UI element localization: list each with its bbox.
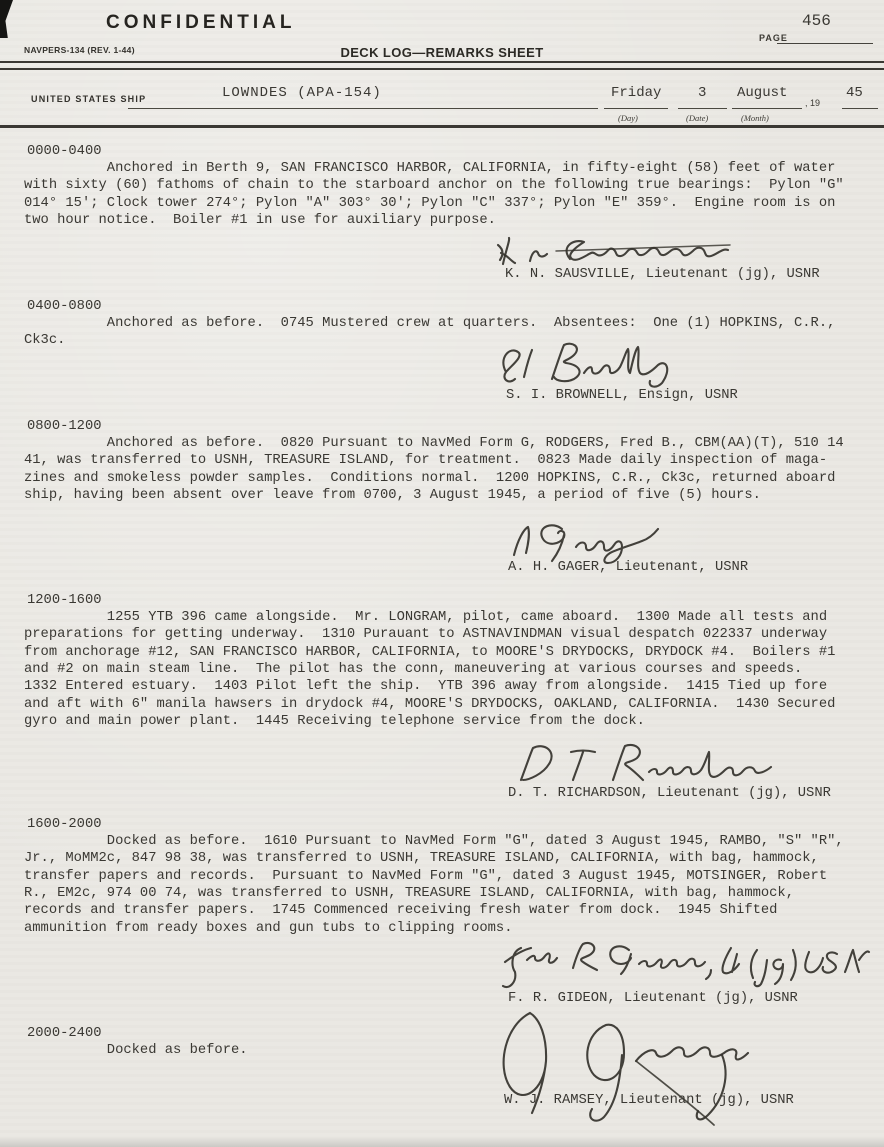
log-month: August [737, 85, 787, 101]
entry-signed-by: D. T. RICHARDSON, Lieutenant (jg), USNR [508, 786, 831, 801]
entry-period: 0400-0800 [27, 299, 102, 314]
year-underline [842, 108, 878, 109]
entry-text: Anchored as before. 0820 Pursuant to Nav… [24, 435, 876, 504]
ramsey-signature [486, 995, 756, 1133]
log-year: 45 [846, 85, 863, 101]
ship-name: LOWNDES (APA-154) [222, 85, 382, 101]
entry-period: 0000-0400 [27, 144, 102, 159]
entry-text: 1255 YTB 396 came alongside. Mr. LONGRAM… [24, 609, 876, 730]
entry-signed-by: A. H. GAGER, Lieutenant, USNR [508, 560, 748, 575]
page-number-underline [777, 43, 873, 44]
page-label: PAGE [759, 33, 788, 43]
date-field-label: (Date) [686, 113, 708, 123]
header-heavy-rule [0, 125, 884, 128]
log-date: 3 [698, 85, 706, 101]
month-field-label: (Month) [741, 113, 769, 123]
entry-period: 0800-1200 [27, 419, 102, 434]
scan-bottom-edge [0, 1136, 884, 1147]
richardson-signature [505, 742, 780, 790]
month-underline [732, 108, 802, 109]
ship-label: UNITED STATES SHIP [31, 94, 146, 104]
header-double-rule [0, 61, 884, 70]
entry-period: 1600-2000 [27, 817, 102, 832]
deck-log-remarks-sheet: CONFIDENTIAL PAGE 456 NAVPERS-134 (REV. … [0, 0, 884, 1147]
entry-text: Docked as before. 1610 Pursuant to NavMe… [24, 833, 876, 937]
entry-text: Anchored as before. 0745 Mustered crew a… [24, 315, 876, 350]
brownell-signature [486, 338, 716, 392]
entry-signed-by: W. J. RAMSEY, Lieutenant (jg), USNR [504, 1093, 794, 1108]
gideon-signature [495, 936, 873, 992]
sausville-signature [492, 233, 737, 271]
page-number: 456 [802, 12, 831, 30]
sheet-title: DECK LOG—REMARKS SHEET [0, 45, 884, 60]
day-field-label: (Day) [618, 113, 638, 123]
entry-text: Anchored in Berth 9, SAN FRANCISCO HARBO… [24, 160, 876, 229]
entry-period: 1200-1600 [27, 593, 102, 608]
day-underline [604, 108, 668, 109]
classification-stamp: CONFIDENTIAL [106, 12, 295, 34]
scan-corner-artifact [0, 0, 13, 38]
entry-signed-by: K. N. SAUSVILLE, Lieutenant (jg), USNR [505, 267, 820, 282]
entry-period: 2000-2400 [27, 1026, 102, 1041]
log-day: Friday [611, 85, 661, 101]
entry-signed-by: S. I. BROWNELL, Ensign, USNR [506, 388, 738, 403]
ship-underline [128, 108, 598, 109]
date-underline [678, 108, 727, 109]
year-prefix: , 19 [805, 98, 820, 108]
